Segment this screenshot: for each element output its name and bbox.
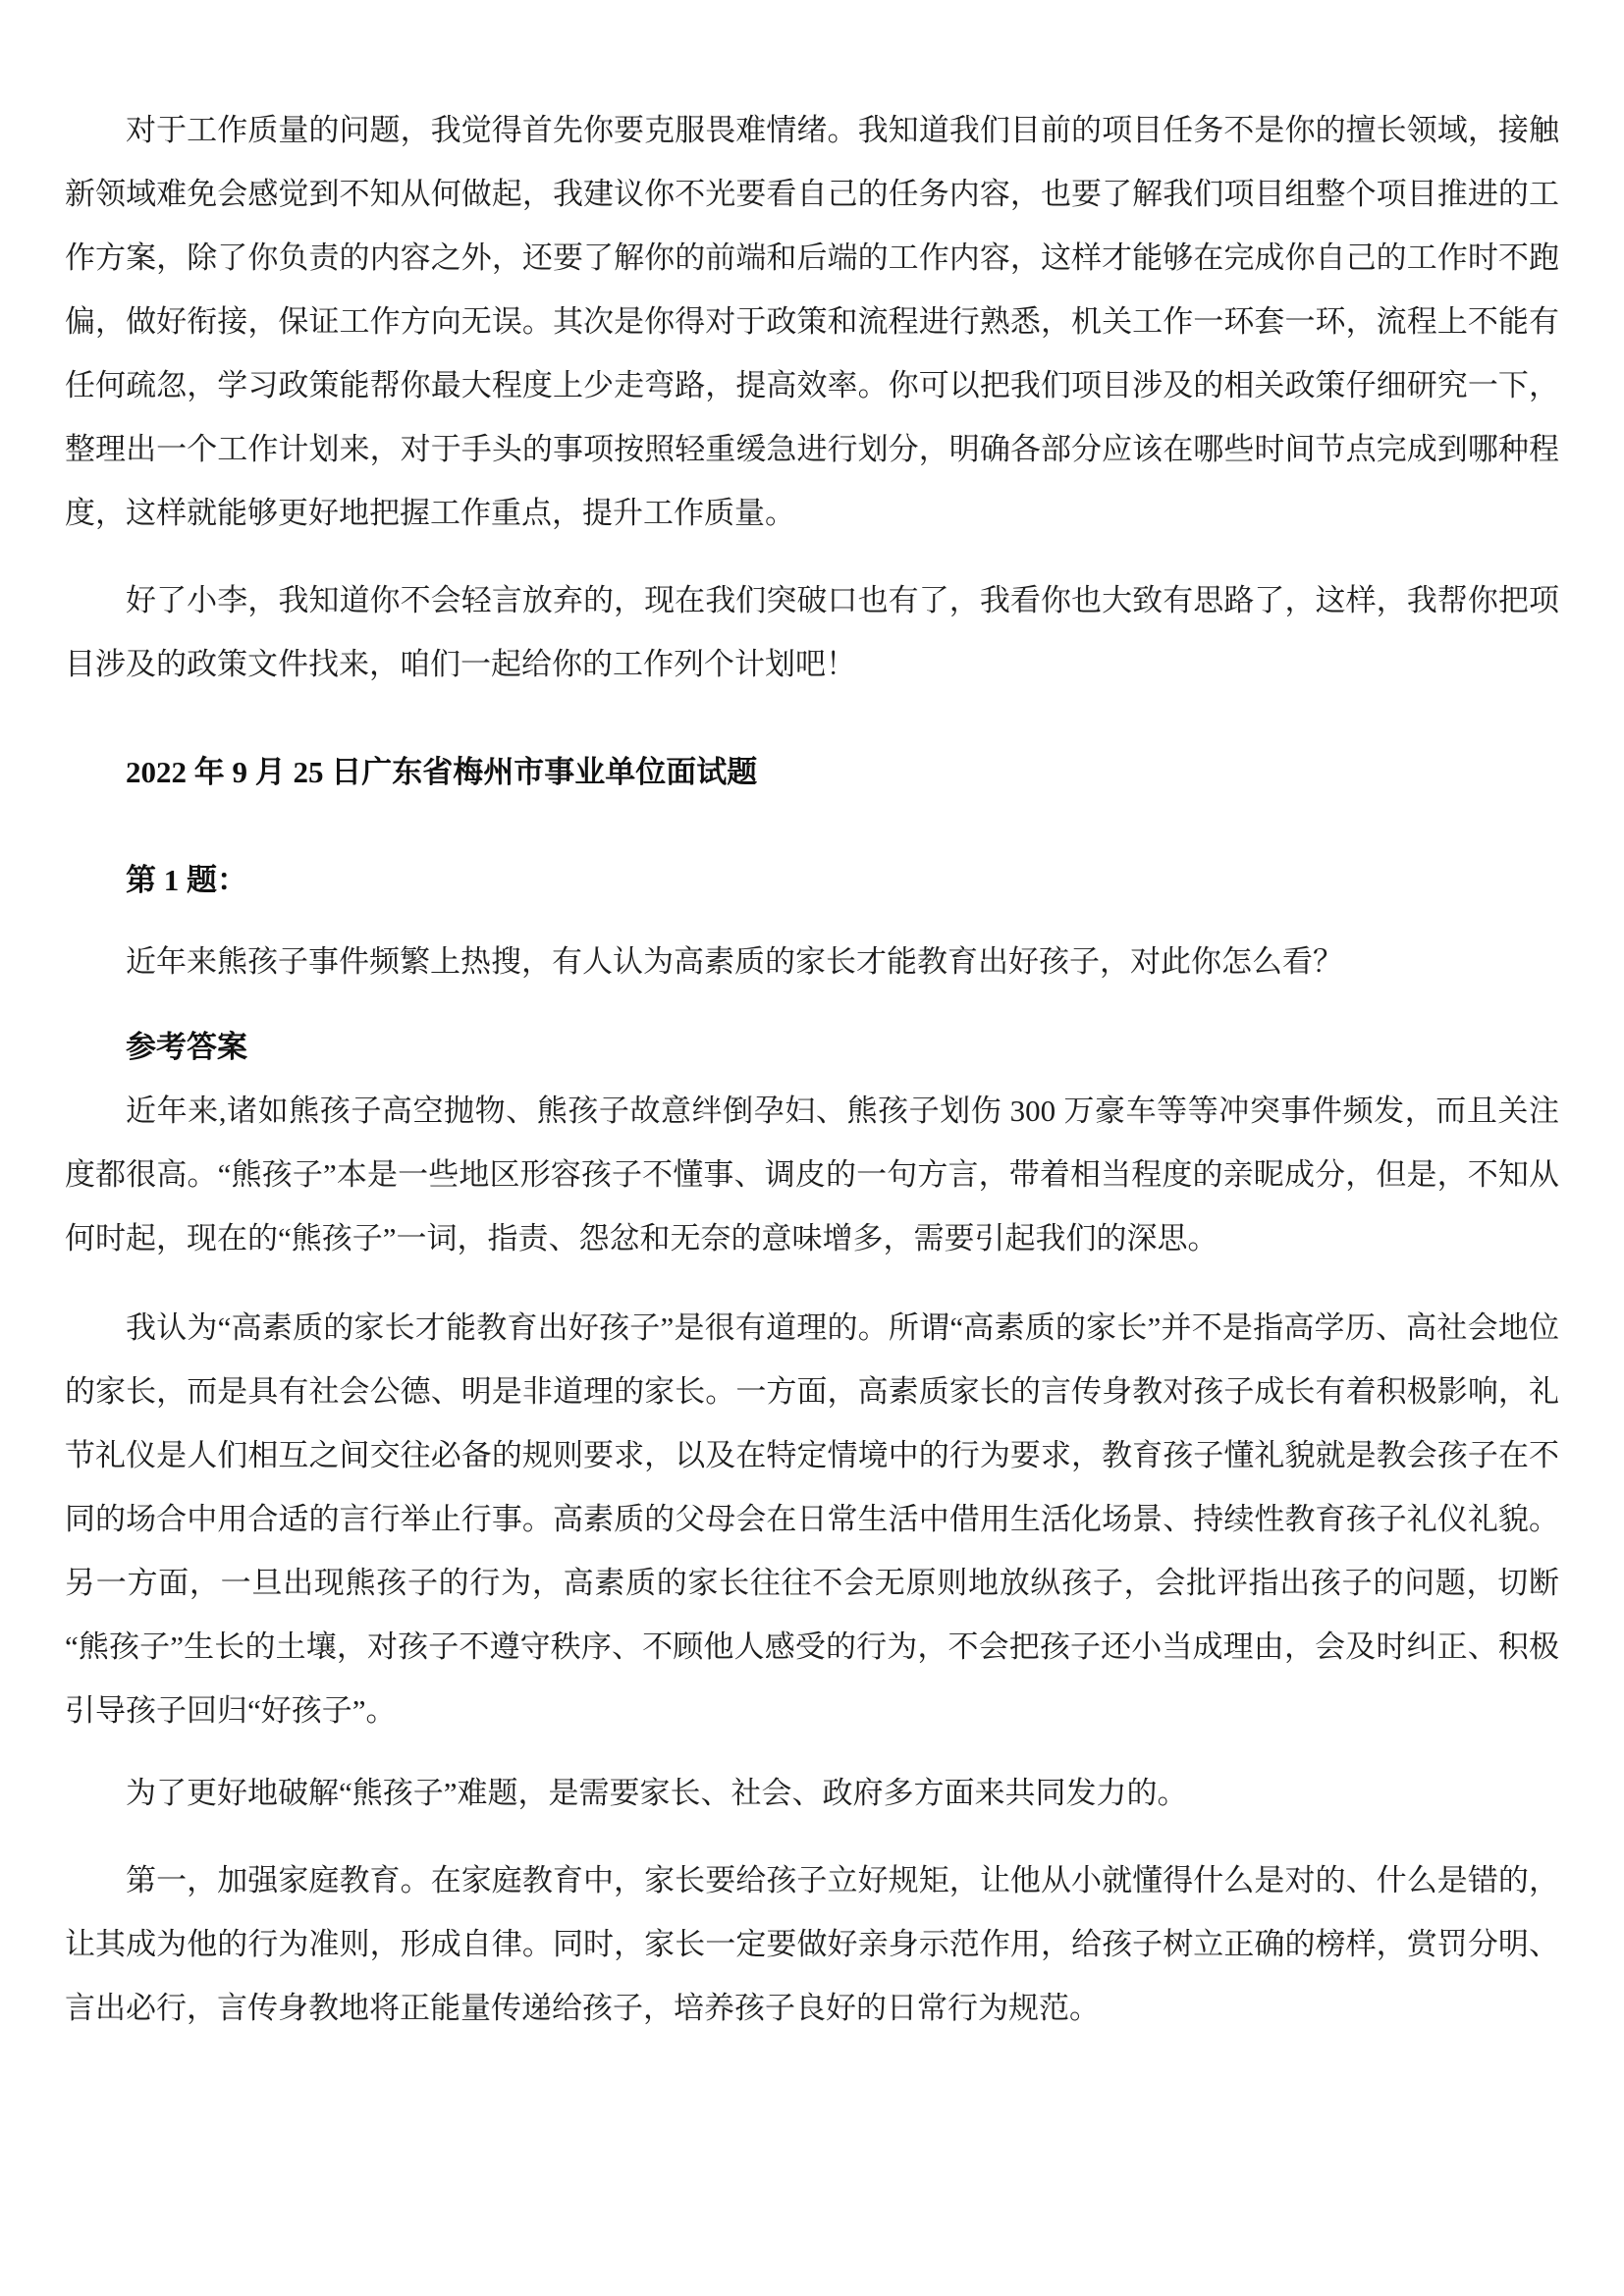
paragraph-work-quality-advice: 对于工作质量的问题，我觉得首先你要克服畏难情绪。我知道我们目前的项目任务不是你的… xyxy=(65,98,1559,545)
heading-question-1: 第 1 题： xyxy=(65,848,1559,912)
paragraph-answer-transition: 为了更好地破解“熊孩子”难题，是需要家长、社会、政府多方面来共同发力的。 xyxy=(65,1761,1559,1825)
heading-reference-answer: 参考答案 xyxy=(65,1015,1559,1079)
paragraph-question-text: 近年来熊孩子事件频繁上热搜，有人认为高素质的家长才能教育出好孩子，对此你怎么看？ xyxy=(65,930,1559,993)
paragraph-encouragement-xiaoli: 好了小李，我知道你不会轻言放弃的，现在我们突破口也有了，我看你也大致有思路了，这… xyxy=(65,568,1559,696)
document-content: 对于工作质量的问题，我觉得首先你要克服畏难情绪。我知道我们目前的项目任务不是你的… xyxy=(0,0,1624,2040)
heading-exam-title-meizhou: 2022 年 9 月 25 日广东省梅州市事业单位面试题 xyxy=(65,740,1559,804)
document-page: 对于工作质量的问题，我觉得首先你要克服畏难情绪。我知道我们目前的项目任务不是你的… xyxy=(0,0,1624,2296)
paragraph-answer-background: 近年来,诸如熊孩子高空抛物、熊孩子故意绊倒孕妇、熊孩子划伤 300 万豪车等等冲… xyxy=(65,1079,1559,1270)
paragraph-answer-point-one: 第一，加强家庭教育。在家庭教育中，家长要给孩子立好规矩，让他从小就懂得什么是对的… xyxy=(65,1848,1559,2040)
paragraph-answer-analysis: 我认为“高素质的家长才能教育出好孩子”是很有道理的。所谓“高素质的家长”并不是指… xyxy=(65,1296,1559,1742)
